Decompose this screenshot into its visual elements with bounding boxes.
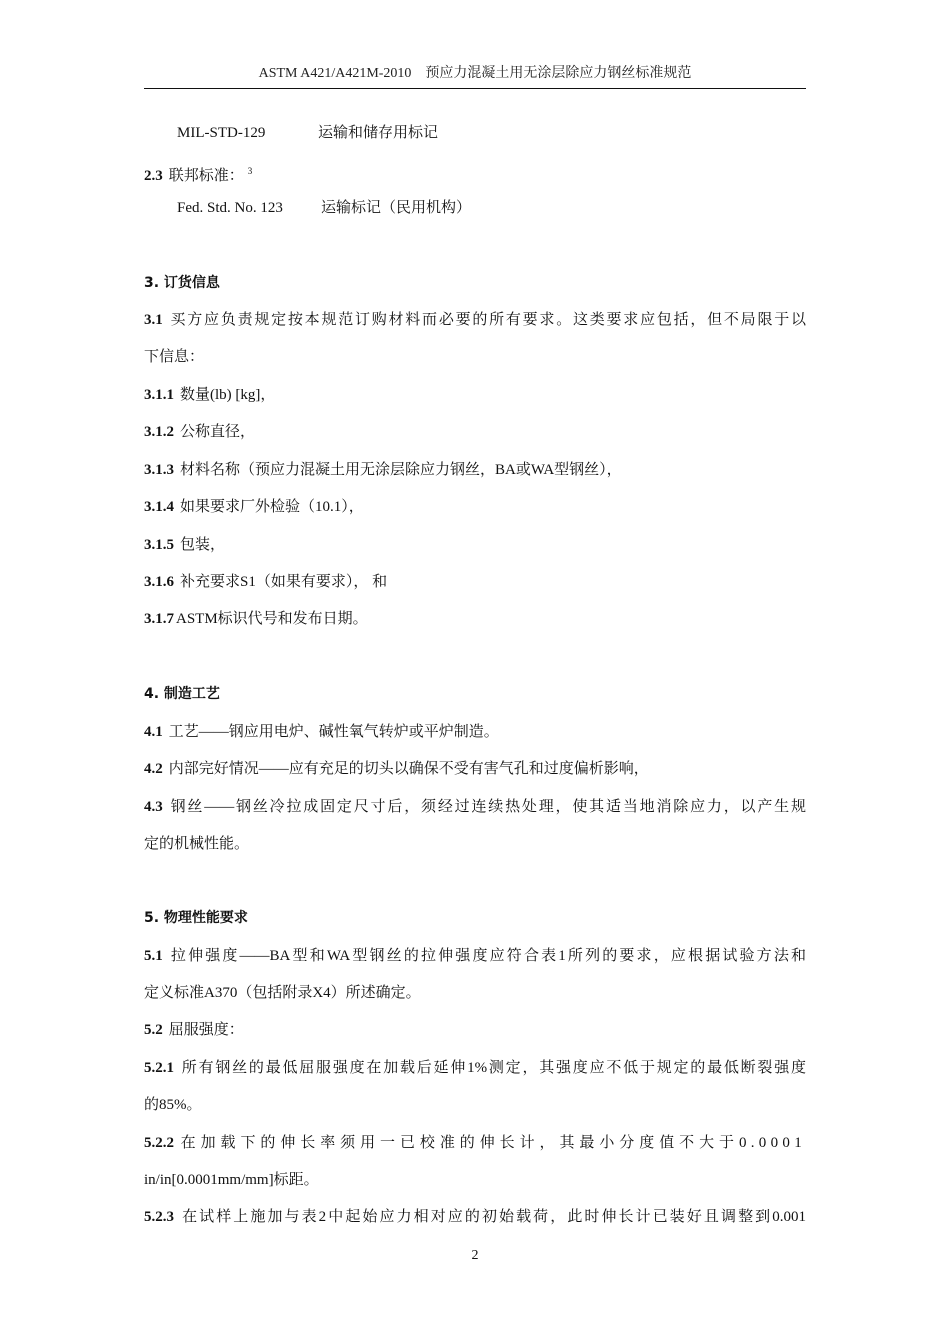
- clause-5-1-continued: 定义标准A370（包括附录X4）所述确定。: [144, 983, 421, 1003]
- clause-text: 拉伸强度——BA型和WA型钢丝的拉伸强度应符合表1所列的要求，应根据试验方法和: [169, 948, 806, 964]
- clause-text: 联邦标准：: [169, 168, 244, 184]
- reference-description: 运输标记（民用机构）: [321, 200, 471, 216]
- clause-5-2-1-continued: 的85%。: [144, 1095, 202, 1115]
- reference-fed-std: Fed. Std. No. 123运输标记（民用机构）: [177, 198, 471, 218]
- clause-number: 3.1.7: [144, 611, 174, 627]
- clause-3-1-6: 3.1.6补充要求S1（如果有要求）， 和: [144, 572, 387, 592]
- clause-number: 3.1: [144, 312, 163, 328]
- page-header: ASTM A421/A421M-2010 预应力混凝土用无涂层除应力钢丝标准规范: [144, 64, 806, 84]
- clause-number: 4.3: [144, 799, 163, 815]
- clause-3-1: 3.1买方应负责规定按本规范订购材料而必要的所有要求。这类要求应包括，但不局限于…: [144, 310, 806, 330]
- clause-number: 5.2.3: [144, 1209, 174, 1225]
- clause-text: 工艺——钢应用电炉、碱性氧气转炉或平炉制造。: [169, 724, 499, 740]
- page-number: 2: [0, 1246, 950, 1266]
- clause-number: 4.1: [144, 724, 163, 740]
- clause-5-1: 5.1拉伸强度——BA型和WA型钢丝的拉伸强度应符合表1所列的要求，应根据试验方…: [144, 946, 806, 966]
- reference-mil-std: MIL-STD-129运输和储存用标记: [177, 123, 438, 143]
- clause-number: 3.1.4: [144, 499, 174, 515]
- clause-4-1: 4.1工艺——钢应用电炉、碱性氧气转炉或平炉制造。: [144, 722, 499, 742]
- clause-number: 3.1.5: [144, 537, 174, 553]
- section-3-heading: 3. 订货信息: [144, 273, 220, 293]
- clause-number: 5.1: [144, 948, 163, 964]
- clause-5-2-3: 5.2.3在试样上施加与表2中起始应力相对应的初始载荷，此时伸长计已装好且调整到…: [144, 1207, 806, 1227]
- header-rule: [144, 88, 806, 89]
- clause-number: 2.3: [144, 168, 163, 184]
- clause-text: 内部完好情况——应有充足的切头以确保不受有害气孔和过度偏析影响，: [169, 761, 649, 777]
- section-4-heading: 4. 制造工艺: [144, 684, 220, 704]
- clause-number: 5.2.1: [144, 1060, 174, 1076]
- clause-3-1-continued: 下信息：: [144, 347, 204, 367]
- clause-text: 补充要求S1（如果有要求）， 和: [180, 574, 387, 590]
- clause-number: 5.2: [144, 1022, 163, 1038]
- footnote-marker: 3: [248, 166, 253, 176]
- clause-text: 公称直径，: [180, 424, 255, 440]
- clause-text: 在试样上施加与表2中起始应力相对应的初始载荷，此时伸长计已装好且调整到0.001: [180, 1209, 806, 1225]
- clause-text: 包装，: [180, 537, 225, 553]
- clause-number: 3.1.3: [144, 462, 174, 478]
- clause-text: 买方应负责规定按本规范订购材料而必要的所有要求。这类要求应包括，但不局限于以: [169, 312, 806, 328]
- clause-text: 材料名称（预应力混凝土用无涂层除应力钢丝，BA或WA型钢丝），: [180, 462, 622, 478]
- clause-text: 数量(lb) [kg]，: [180, 387, 275, 403]
- clause-text: 屈服强度：: [169, 1022, 244, 1038]
- clause-3-1-1: 3.1.1数量(lb) [kg]，: [144, 385, 275, 405]
- clause-number: 3.1.6: [144, 574, 174, 590]
- clause-text: ASTM标识代号和发布日期。: [176, 611, 368, 627]
- clause-5-2-2-continued: in/in[0.0001mm/mm]标距。: [144, 1170, 319, 1190]
- clause-4-2: 4.2内部完好情况——应有充足的切头以确保不受有害气孔和过度偏析影响，: [144, 759, 649, 779]
- clause-text: 如果要求厂外检验（10.1），: [180, 499, 364, 515]
- reference-description: 运输和储存用标记: [318, 125, 438, 141]
- clause-5-2-2: 5.2.2在加载下的伸长率须用一已校准的伸长计，其最小分度值不大于0.0001: [144, 1133, 806, 1153]
- clause-text: 所有钢丝的最低屈服强度在加载后延伸1%测定，其强度应不低于规定的最低断裂强度: [180, 1060, 806, 1076]
- clause-3-1-5: 3.1.5包装，: [144, 535, 225, 555]
- clause-number: 4.2: [144, 761, 163, 777]
- clause-text: 在加载下的伸长率须用一已校准的伸长计，其最小分度值不大于0.0001: [180, 1135, 806, 1151]
- section-5-heading: 5. 物理性能要求: [144, 908, 248, 928]
- clause-4-3: 4.3钢丝——钢丝冷拉成固定尺寸后，须经过连续热处理，使其适当地消除应力，以产生…: [144, 797, 806, 817]
- clause-number: 3.1.2: [144, 424, 174, 440]
- clause-3-1-7: 3.1.7ASTM标识代号和发布日期。: [144, 609, 368, 629]
- clause-3-1-4: 3.1.4如果要求厂外检验（10.1），: [144, 497, 364, 517]
- clause-3-1-2: 3.1.2公称直径，: [144, 422, 255, 442]
- clause-5-2-1: 5.2.1所有钢丝的最低屈服强度在加载后延伸1%测定，其强度应不低于规定的最低断…: [144, 1058, 806, 1078]
- clause-5-2: 5.2屈服强度：: [144, 1020, 244, 1040]
- clause-4-3-continued: 定的机械性能。: [144, 834, 249, 854]
- reference-code: Fed. Std. No. 123: [177, 198, 321, 218]
- reference-code: MIL-STD-129: [177, 123, 318, 143]
- clause-number: 3.1.1: [144, 387, 174, 403]
- clause-number: 5.2.2: [144, 1135, 174, 1151]
- clause-text: 钢丝——钢丝冷拉成固定尺寸后，须经过连续热处理，使其适当地消除应力，以产生规: [169, 799, 806, 815]
- clause-3-1-3: 3.1.3材料名称（预应力混凝土用无涂层除应力钢丝，BA或WA型钢丝），: [144, 460, 622, 480]
- section-2-3: 2.3联邦标准：3: [144, 161, 252, 186]
